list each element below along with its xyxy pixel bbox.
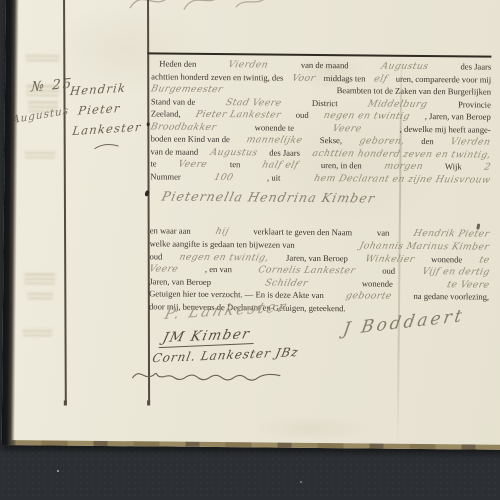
handwritten-text: 100 xyxy=(213,172,235,183)
handwritten-text: Voor xyxy=(291,72,317,83)
printed-text: oud xyxy=(296,110,309,120)
signature-witness-2: Cornl. Lankester JBz xyxy=(151,345,300,365)
printed-text: boden een Kind van de xyxy=(151,134,230,145)
printed-text: des Jaars xyxy=(269,147,300,157)
handwritten-text: hem Declarant en zijne Huisvrouw xyxy=(313,173,492,186)
printed-text: uren, in den xyxy=(321,160,362,170)
printed-text: van de maand xyxy=(301,60,349,70)
ink-mark xyxy=(147,122,150,126)
printed-text: District xyxy=(312,98,338,108)
printed-text: te xyxy=(150,159,156,169)
handwritten-text: Vierden xyxy=(227,59,269,70)
printed-text: middags ten xyxy=(324,73,366,83)
handwritten-text: Augustus xyxy=(209,147,259,158)
printed-text: Getuigen hier toe verzocht. — En is deze… xyxy=(149,289,324,301)
register-page: № 25 Augustus Hendrik Pieter Lankester H… xyxy=(2,0,500,450)
signature-flourish xyxy=(130,364,300,386)
dust-speck xyxy=(57,470,59,472)
printed-text: Nummer xyxy=(150,171,181,181)
handwritten-text: te Veere xyxy=(446,279,491,290)
handwritten-text: Winkelier xyxy=(364,253,416,264)
handwritten-text: Veere xyxy=(177,159,208,170)
printed-text: uren, compareerde voor mij xyxy=(396,73,492,84)
printed-text: , uit xyxy=(267,172,280,182)
deed-line: Nummer100, uithem Declarant en zijne Hui… xyxy=(150,171,490,187)
deed-body: Heden denVierdenvan de maandAugustusdes … xyxy=(149,58,491,317)
handwritten-text: mannelijke xyxy=(246,135,304,147)
handwritten-text: Middelburg xyxy=(367,98,429,110)
ink-bleedthrough xyxy=(24,273,55,284)
handwritten-text: Vijf en dertig xyxy=(421,266,491,278)
handwritten-text: Veere xyxy=(148,264,179,275)
handwritten-text: Pieter Lankester xyxy=(194,109,282,121)
printed-text: achttien honderd zeven en twintig, des xyxy=(151,71,283,82)
handwritten-text: Augustus xyxy=(380,61,430,72)
printed-text: wonende xyxy=(362,278,393,288)
handwritten-text: geboorte xyxy=(345,290,393,301)
printed-text: oud xyxy=(382,266,395,276)
mother-name: Pieternella Hendrina Kimber xyxy=(160,189,377,206)
printed-text: Sekse, xyxy=(320,135,342,145)
printed-text: Stand van de xyxy=(151,96,196,106)
printed-text: Heden den xyxy=(159,58,196,68)
printed-text: van xyxy=(377,228,390,238)
handwritten-text: elf xyxy=(373,73,389,84)
printed-text: na gedane voorlezing, xyxy=(413,291,489,302)
ink-bleedthrough xyxy=(24,149,55,158)
printed-text: ten xyxy=(230,160,241,170)
paper-stain xyxy=(252,415,372,441)
handwritten-text: Burgemeester xyxy=(150,84,224,96)
handwritten-text: achttien honderd zeven en twintig, xyxy=(311,148,492,161)
printed-text: verklaart te geven den Naam xyxy=(253,227,352,238)
handwritten-text: te xyxy=(478,254,491,265)
handwritten-text: Schilder xyxy=(264,277,309,288)
printed-text: wonende xyxy=(431,254,462,264)
handwritten-text: Hendrik Pieter xyxy=(413,228,491,240)
signature-witness-1: JM Kimber xyxy=(159,326,259,348)
ink-bleedthrough xyxy=(25,53,59,61)
printed-text: Zeeland, xyxy=(151,109,181,119)
handwritten-text: negen en twintig xyxy=(322,110,411,122)
handwritten-text: Stad Veere xyxy=(225,97,283,109)
handwritten-text: half elf xyxy=(261,160,300,171)
handwritten-text: Cornelis Lankester xyxy=(257,265,356,277)
child-name-line: Lankester xyxy=(71,120,143,144)
printed-text: oud xyxy=(149,251,162,261)
printed-text: Jaren, van Beroep xyxy=(286,252,348,263)
dust-speck xyxy=(300,481,302,483)
handwritten-text: morgen xyxy=(383,161,424,172)
handwritten-text: geboren, xyxy=(358,136,406,147)
margin-child-name: Hendrik Pieter Lankester xyxy=(69,80,142,144)
printed-text: wonende te xyxy=(255,122,294,132)
handwritten-text: negen en twintig, xyxy=(178,251,270,263)
printed-text: Wijk xyxy=(445,162,462,172)
printed-text: Beambten tot de Zaken van den Burgerlijk… xyxy=(337,85,492,96)
printed-text: welke aangifte is gedaan ten bijwezen va… xyxy=(150,238,295,249)
printed-text: Provincie xyxy=(458,99,491,109)
printed-text: en waar aan xyxy=(150,226,191,236)
handwritten-text: 2 xyxy=(483,162,492,173)
ink-bleedthrough xyxy=(23,327,53,336)
printed-text: , dewelke mij heeft aange- xyxy=(400,124,491,135)
ink-bleedthrough xyxy=(27,291,53,299)
printed-text: des Jaars xyxy=(460,61,491,71)
printed-text: Jaren, van Beroep xyxy=(149,276,211,287)
handwritten-text: Broodbakker xyxy=(149,121,217,133)
act-number: № 25 xyxy=(31,75,74,95)
printed-text: van de maand xyxy=(150,146,198,156)
pen-flourish xyxy=(92,142,122,152)
printed-text: den xyxy=(421,136,434,146)
deed-paragraph-1: Heden denVierdenvan de maandAugustusdes … xyxy=(150,58,491,187)
printed-text: , Jaren, van Beroep xyxy=(425,111,491,122)
handwritten-text: hij xyxy=(214,227,230,238)
printed-text: , en van xyxy=(205,264,232,274)
handwritten-text: Johannis Marinus Kimber xyxy=(359,240,491,252)
mother-name-line: Pieternella Hendrina Kimber xyxy=(150,189,490,216)
handwritten-text: Veere xyxy=(331,123,362,134)
handwritten-text: Vierden xyxy=(450,137,492,148)
